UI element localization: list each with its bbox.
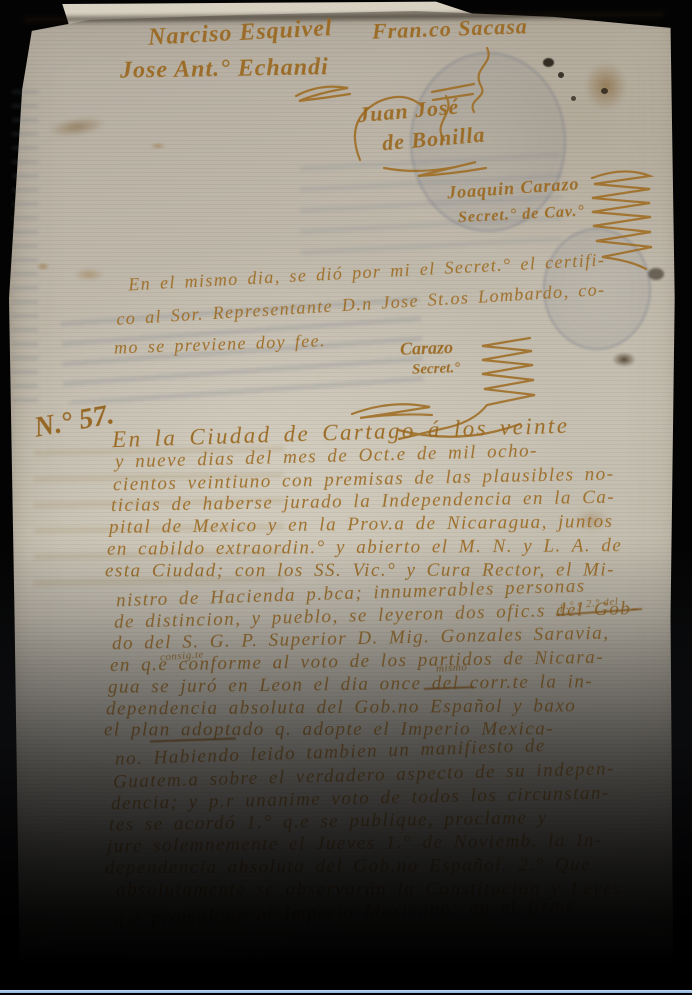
- signature-jose-antonio-echandi: Jose Ant.° Echandi: [120, 54, 329, 85]
- body-line: en cabildo extraordin.° y abierto el M. …: [107, 535, 622, 561]
- rubrica-body-header: [352, 404, 432, 418]
- signature-carazo-title: Secret.°: [412, 360, 461, 379]
- signature-francisco-sacasa: Fran.co Sacasa: [372, 13, 529, 44]
- body-line: dependencia absoluta del Gob.no Español.…: [105, 854, 591, 879]
- interlinear-annotation: mismo: [436, 661, 468, 675]
- rubrica-echandi: [296, 87, 350, 101]
- signature-carazo: Carazo: [400, 337, 454, 360]
- body-line: dependencia absoluta del Gob.no Español …: [106, 695, 576, 720]
- document-photo: Narciso Esquivel Fran.co Sacasa Jose Ant…: [0, 0, 692, 995]
- bottom-accent-line: [0, 990, 692, 993]
